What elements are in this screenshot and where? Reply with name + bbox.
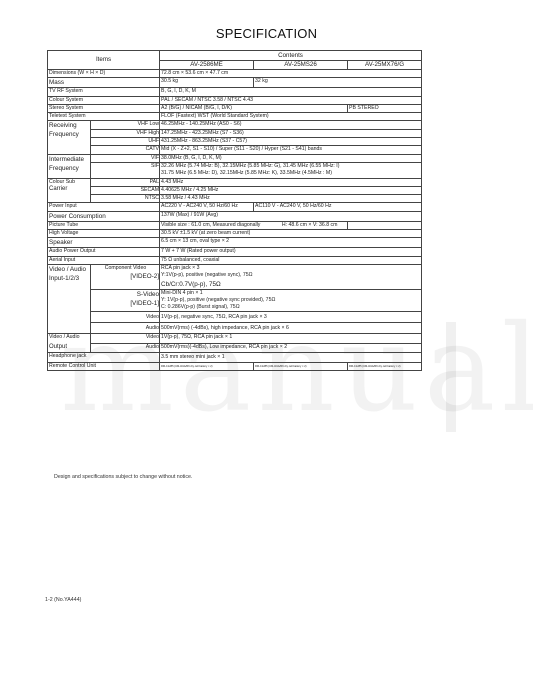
row-colour-system: Colour System PAL / SECAM / NTSC 3.58 / … bbox=[48, 96, 422, 104]
row-picture-tube: Picture Tube Visible size : 61.0 cm, Mea… bbox=[48, 221, 422, 229]
header-model-2: AV-25MS26 bbox=[254, 61, 348, 70]
page-title: SPECIFICATION bbox=[0, 26, 533, 41]
row-av-output-video: Video / Audio Output Video 1V(p-p), 75Ω,… bbox=[48, 334, 422, 343]
spec-table: Items Contents AV-2586ME AV-25MS26 AV-25… bbox=[47, 50, 422, 371]
av-output-label: Video / Audio Output bbox=[48, 334, 91, 352]
header-model-1: AV-2586ME bbox=[160, 61, 254, 70]
row-if-vif: Intermediate Frequency VIF 38.0MHz (B, G… bbox=[48, 154, 422, 162]
row-receiving-vhf-low: Receiving Frequency VHF Low 46.25MHz - 1… bbox=[48, 121, 422, 129]
av-input-label: Video / Audio Input-1/2/3 bbox=[48, 264, 91, 333]
row-receiving-uhf: UHF 431.25MHz - 863.25MHz (S37 - C57) bbox=[48, 138, 422, 146]
row-stereo: Stereo System A2 (B/G) / NICAM (B/G, I, … bbox=[48, 104, 422, 112]
row-av-input-component: Video / Audio Input-1/2/3 Component Vide… bbox=[48, 264, 422, 289]
row-av-input-svideo: S-Video [VIDEO-1] Mini-DIN 4 pin × 1 Y: … bbox=[48, 289, 422, 312]
row-teletext: Teletext System FLOF (Fastext) WST (Worl… bbox=[48, 113, 422, 121]
row-av-input-video: Video 1V(p-p), negative sync, 75Ω, RCA p… bbox=[48, 312, 422, 323]
row-av-output-audio: Audio 500mV(rms)(-4dBs), Low impedance, … bbox=[48, 343, 422, 352]
row-headphone: Headphone jack 3.5 mm stereo mini jack ×… bbox=[48, 352, 422, 362]
row-dimensions: Dimensions (W × H × D) 72.8 cm × 53.6 cm… bbox=[48, 70, 422, 78]
row-subcarrier-ntsc: NTSC 3.58 MHz / 4.43 MHz bbox=[48, 195, 422, 203]
row-audio-power: Audio Power Output 7 W + 7 W (Rated powe… bbox=[48, 248, 422, 256]
header-contents: Contents bbox=[160, 51, 422, 61]
colour-sub-label: Colour Sub Carrier bbox=[48, 178, 91, 203]
row-remote: Remote Control Unit RM-C1285 (UM-3/AA/R6… bbox=[48, 362, 422, 370]
page-number: 1-2 (No.YA444) bbox=[45, 597, 81, 603]
row-if-sif: SIF 32.26 MHz (5.74 MHz: B), 32.15MHz (5… bbox=[48, 162, 422, 178]
header-items: Items bbox=[48, 51, 160, 70]
row-av-input-audio: Audio 500mV(rms) (-4dBs), high impedance… bbox=[48, 323, 422, 334]
header-model-3: AV-25MX76/G bbox=[348, 61, 422, 70]
receiving-label: Receiving Frequency bbox=[48, 121, 91, 154]
row-aerial: Aerial Input 75 Ω unbalanced, coaxial bbox=[48, 256, 422, 264]
row-receiving-catv: CATV Mid (X - Z+2, S1 - S10) / Super (S1… bbox=[48, 146, 422, 154]
row-power-input: Power Input AC220 V - AC240 V, 50 Hz/60 … bbox=[48, 203, 422, 211]
watermark-bar bbox=[446, 322, 456, 432]
row-power-consumption: Power Consumption 137W (Max) / 91W (Avg) bbox=[48, 211, 422, 221]
disclaimer-note: Design and specifications subject to cha… bbox=[54, 474, 192, 480]
row-speaker: Speaker 6.5 cm × 13 cm, oval type × 2 bbox=[48, 238, 422, 248]
row-receiving-vhf-high: VHF High 147.25MHz - 423.25MHz (S7 - S36… bbox=[48, 129, 422, 137]
row-subcarrier-secam: SECAM 4.40625 MHz / 4.25 MHz bbox=[48, 186, 422, 194]
row-high-voltage: High Voltage 30.5 kV ±1.5 kV (at zero be… bbox=[48, 230, 422, 238]
row-tv-rf: TV RF System B, G, I, D, K, M bbox=[48, 88, 422, 96]
intermediate-label: Intermediate Frequency bbox=[48, 154, 91, 178]
row-mass: Mass 30.5 kg 32 kg bbox=[48, 78, 422, 88]
spec-table-container: Items Contents AV-2586ME AV-25MS26 AV-25… bbox=[47, 50, 421, 371]
row-subcarrier-pal: Colour Sub Carrier PAL 4.43 MHz bbox=[48, 178, 422, 186]
